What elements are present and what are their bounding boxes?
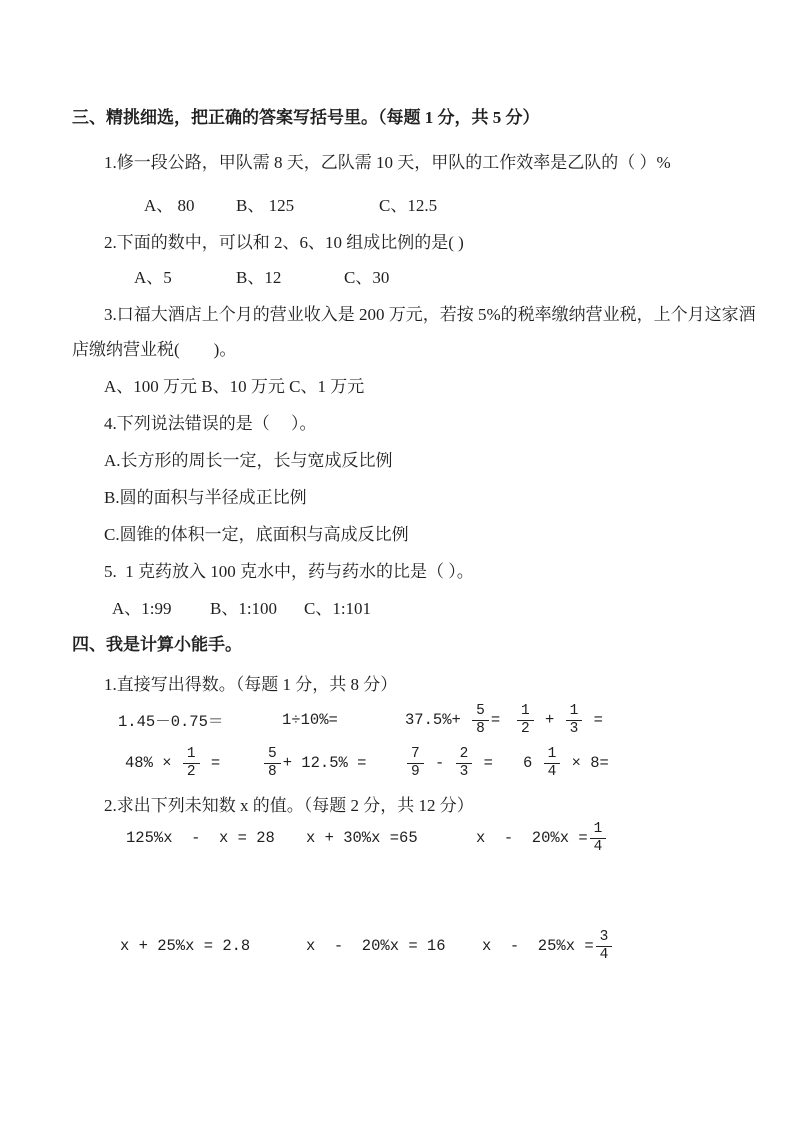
q5-choice-b: B、1:100 xyxy=(210,594,277,619)
fraction-denominator: 4 xyxy=(590,839,607,856)
calc-item-5: 48% × 1 2 = xyxy=(125,740,220,786)
fraction: 5 8 xyxy=(264,746,281,780)
fraction: 7 9 xyxy=(407,746,424,780)
fraction-denominator: 3 xyxy=(456,764,473,781)
expression-text: × 8= xyxy=(562,754,609,772)
equation-1: 125%x - x = 28 xyxy=(126,812,275,864)
expression-text: + 12.5% = xyxy=(283,754,367,772)
section4-title: 四、我是计算小能手。 xyxy=(72,630,242,655)
equation-text: 125%x - x = 28 xyxy=(126,829,275,847)
fraction: 2 3 xyxy=(456,746,473,780)
expression-text: = xyxy=(474,754,493,772)
fraction-numerator: 1 xyxy=(590,821,607,839)
operator: + xyxy=(536,711,564,729)
fraction-numerator: 1 xyxy=(183,746,200,764)
fraction-numerator: 7 xyxy=(407,746,424,764)
fraction-denominator: 4 xyxy=(544,764,561,781)
q5-choice-a: A、1:99 xyxy=(112,594,172,619)
fraction-numerator: 5 xyxy=(472,703,489,721)
equation-text: x - 25%x = xyxy=(482,937,594,955)
q5-text: 5. 1 克药放入 100 克水中，药与药水的比是（ ）。 xyxy=(104,557,474,582)
q1-text: 1.修一段公路，甲队需 8 天，乙队需 10 天，甲队的工作效率是乙队的（ ）% xyxy=(104,148,671,173)
q4-option-a: A.长方形的周长一定，长与宽成反比例 xyxy=(104,446,393,471)
fraction-denominator: 3 xyxy=(566,721,583,738)
q4-option-b: B.圆的面积与半径成正比例 xyxy=(104,483,307,508)
calc-item-3: 37.5%+ 5 8 = xyxy=(405,697,500,743)
equation-6: x - 25%x = 3 4 xyxy=(482,920,614,972)
fraction: 3 4 xyxy=(596,929,613,963)
q3-text-line2: 店缴纳营业税( )。 xyxy=(72,335,236,360)
fraction: 5 8 xyxy=(472,703,489,737)
fraction-numerator: 1 xyxy=(566,703,583,721)
equation-text: x + 30%x =65 xyxy=(306,829,418,847)
fraction-denominator: 9 xyxy=(407,764,424,781)
q1-choice-c: C、12.5 xyxy=(379,191,437,216)
fraction-numerator: 5 xyxy=(264,746,281,764)
fraction-denominator: 8 xyxy=(264,764,281,781)
calc-item-4: 1 2 + 1 3 = xyxy=(515,697,603,743)
fraction-denominator: 4 xyxy=(596,947,613,964)
equation-row-2: x + 25%x = 2.8 x - 20%x = 16 x - 25%x = … xyxy=(0,920,793,972)
expression-text: 1.45－0.75＝ xyxy=(118,709,223,731)
q2-text: 2.下面的数中，可以和 2、6、10 组成比例的是( ) xyxy=(104,228,464,253)
fraction: 1 2 xyxy=(183,746,200,780)
fraction: 1 2 xyxy=(517,703,534,737)
q1-choice-a: A、 80 xyxy=(144,191,195,216)
equation-text: x - 20%x = xyxy=(476,829,588,847)
expression-text: = xyxy=(491,711,500,729)
fraction-denominator: 2 xyxy=(183,764,200,781)
expression-text: = xyxy=(202,754,221,772)
expression-text: 1÷10%= xyxy=(282,711,338,729)
fraction: 1 4 xyxy=(544,746,561,780)
calc-item-2: 1÷10%= xyxy=(282,697,338,743)
q2-choice-b: B、12 xyxy=(236,263,281,288)
operator: - xyxy=(426,754,454,772)
exam-page: 三、精挑细选，把正确的答案写括号里。（每题 1 分，共 5 分） 1.修一段公路… xyxy=(0,0,793,1122)
expression-text: 48% × xyxy=(125,754,181,772)
calc-item-1: 1.45－0.75＝ xyxy=(118,697,223,743)
equation-text: x + 25%x = 2.8 xyxy=(120,937,250,955)
q3-choices: A、100 万元 B、10 万元 C、1 万元 xyxy=(104,372,364,397)
calc-item-7: 7 9 - 2 3 = xyxy=(405,740,493,786)
q5-choices: A、1:99 B、1:100 C、1:101 xyxy=(112,594,712,618)
calc-row-2: 48% × 1 2 = 5 8 + 12.5% = 7 9 - 2 3 xyxy=(0,740,793,786)
calc-row-1: 1.45－0.75＝ 1÷10%= 37.5%+ 5 8 = 1 2 + 1 3… xyxy=(0,697,793,743)
q2-choice-a: A、5 xyxy=(134,263,172,288)
q4-text: 4.下列说法错误的是（ ）。 xyxy=(104,409,317,434)
equation-5: x - 20%x = 16 xyxy=(306,920,446,972)
fraction: 1 3 xyxy=(566,703,583,737)
equation-text: x - 20%x = 16 xyxy=(306,937,446,955)
equation-2: x + 30%x =65 xyxy=(306,812,418,864)
equation-3: x - 20%x = 1 4 xyxy=(476,812,608,864)
fraction-numerator: 3 xyxy=(596,929,613,947)
q5-choice-c: C、1:101 xyxy=(304,594,371,619)
calc-item-8: 6 1 4 × 8= xyxy=(523,740,609,786)
q2-choices: A、5 B、12 C、30 xyxy=(134,263,734,287)
q1-choice-b: B、 125 xyxy=(236,191,294,216)
fraction-numerator: 1 xyxy=(517,703,534,721)
expression-text: 37.5%+ xyxy=(405,711,470,729)
sub1-title: 1.直接写出得数。（每题 1 分，共 8 分） xyxy=(104,670,397,695)
q1-choices: A、 80 B、 125 C、12.5 xyxy=(144,191,744,215)
equation-4: x + 25%x = 2.8 xyxy=(120,920,250,972)
mixed-number-whole: 6 xyxy=(523,754,542,772)
fraction-denominator: 2 xyxy=(517,721,534,738)
q4-option-c: C.圆锥的体积一定，底面积与高成反比例 xyxy=(104,520,409,545)
calc-item-6: 5 8 + 12.5% = xyxy=(262,740,366,786)
fraction: 1 4 xyxy=(590,821,607,855)
equation-row-1: 125%x - x = 28 x + 30%x =65 x - 20%x = 1… xyxy=(0,812,793,864)
fraction-numerator: 1 xyxy=(544,746,561,764)
fraction-denominator: 8 xyxy=(472,721,489,738)
expression-text: = xyxy=(584,711,603,729)
section3-title: 三、精挑细选，把正确的答案写括号里。（每题 1 分，共 5 分） xyxy=(72,103,540,128)
fraction-numerator: 2 xyxy=(456,746,473,764)
q2-choice-c: C、30 xyxy=(344,263,389,288)
q3-text-line1: 3.口福大酒店上个月的营业收入是 200 万元，若按 5%的税率缴纳营业税，上个… xyxy=(104,300,756,325)
